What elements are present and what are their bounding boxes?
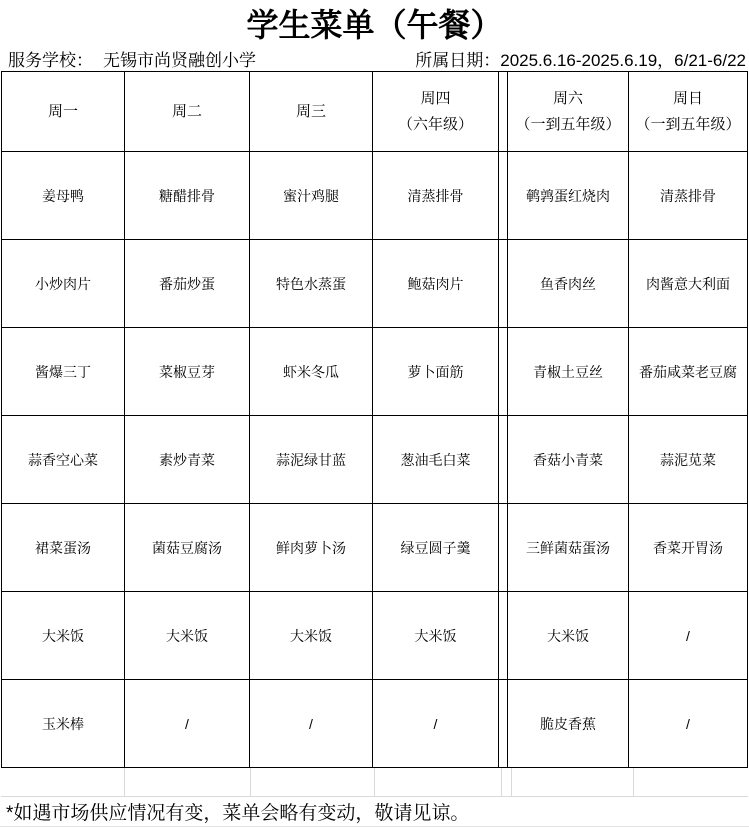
menu-cell: 姜母鸭 [2,152,124,239]
day-header-text: 周二 [172,99,202,125]
day-header-text: 周日 [673,86,703,112]
school-name: 无锡市尚贤融创小学 [103,46,256,71]
day-header-wed: 周三 [250,72,372,151]
empty-grid-cell [512,768,633,796]
day-header-thu: 周四 （六年级） [373,72,498,151]
menu-cell: 番茄咸菜老豆腐 [629,328,747,415]
menu-page: 学生菜单（午餐） 服务学校： 无锡市尚贤融创小学 所属日期： 2025.6.16… [0,0,749,827]
day-header-sun: 周日 （一到五年级） [629,72,747,151]
menu-cell: 脆皮香蕉 [508,680,628,767]
day-header-text: 周三 [296,99,326,125]
menu-cell: / [373,680,498,767]
spacer-cell [499,592,507,679]
menu-cell: 香菇小青菜 [508,416,628,503]
menu-cell: 大米饭 [2,592,124,679]
day-header-text: 周一 [48,99,78,125]
menu-cell: 绿豆圆子羹 [373,504,498,591]
menu-cell: 酱爆三丁 [2,328,124,415]
menu-table: 周一 周二 周三 周四 （六年级） 周六 （一到五年级） 周日 （一到五年级） … [1,71,748,768]
menu-cell: 菌菇豆腐汤 [125,504,249,591]
spacer-cell [499,328,507,415]
menu-cell: 蒜泥绿甘蓝 [250,416,372,503]
spacer-cell [499,416,507,503]
menu-cell: 肉酱意大利面 [629,240,747,327]
empty-grid-cell [125,768,250,796]
menu-cell: 鲜肉萝卜汤 [250,504,372,591]
menu-cell: 裙菜蛋汤 [2,504,124,591]
menu-cell: 小炒肉片 [2,240,124,327]
page-title: 学生菜单（午餐） [0,0,749,45]
info-row: 服务学校： 无锡市尚贤融创小学 所属日期： 2025.6.16-2025.6.1… [0,45,749,71]
menu-cell: / [629,680,747,767]
empty-grid-cell [1,768,124,796]
empty-grid-cell [634,768,749,796]
spacer-header-cell [499,72,507,151]
day-header-subtext: （一到五年级） [515,112,620,138]
day-header-sat: 周六 （一到五年级） [508,72,628,151]
menu-cell: 虾米冬瓜 [250,328,372,415]
menu-cell: 大米饭 [373,592,498,679]
date-label: 所属日期： [415,46,500,71]
empty-grid-row [1,768,748,797]
spacer-cell [499,504,507,591]
menu-cell: 玉米棒 [2,680,124,767]
menu-cell: 鹌鹑蛋红烧肉 [508,152,628,239]
day-header-text: 周四 [420,86,450,112]
footnote: *如遇市场供应情况有变，菜单会略有变动，敬请见谅。 [0,797,749,827]
menu-cell: 番茄炒蛋 [125,240,249,327]
menu-cell: 大米饭 [250,592,372,679]
menu-cell: 素炒青菜 [125,416,249,503]
date-value: 2025.6.16-2025.6.19，6/21-6/22 [500,46,746,71]
day-header-subtext: （六年级） [398,112,473,138]
menu-cell: / [250,680,372,767]
day-header-text: 周六 [553,86,583,112]
day-header-subtext: （一到五年级） [635,112,740,138]
menu-cell: 蒜香空心菜 [2,416,124,503]
menu-cell: 葱油毛白菜 [373,416,498,503]
empty-grid-cell [375,768,501,796]
menu-cell: 糖醋排骨 [125,152,249,239]
menu-cell: 大米饭 [508,592,628,679]
menu-cell: 大米饭 [125,592,249,679]
menu-cell: 蜜汁鸡腿 [250,152,372,239]
menu-cell: / [125,680,249,767]
spacer-cell [499,680,507,767]
menu-cell: 清蒸排骨 [629,152,747,239]
menu-cell: / [629,592,747,679]
menu-cell: 萝卜面筋 [373,328,498,415]
school-info: 服务学校： 无锡市尚贤融创小学 [8,46,256,71]
day-header-tue: 周二 [125,72,249,151]
menu-cell: 蒜泥苋菜 [629,416,747,503]
menu-cell: 三鲜菌菇蛋汤 [508,504,628,591]
spacer-cell [499,152,507,239]
spacer-cell [499,240,507,327]
menu-cell: 清蒸排骨 [373,152,498,239]
school-label: 服务学校： [8,46,93,71]
empty-grid-cell [251,768,374,796]
menu-cell: 香菜开胃汤 [629,504,747,591]
day-header-mon: 周一 [2,72,124,151]
menu-cell: 鱼香肉丝 [508,240,628,327]
menu-cell: 特色水蒸蛋 [250,240,372,327]
menu-cell: 菜椒豆芽 [125,328,249,415]
menu-cell: 青椒土豆丝 [508,328,628,415]
menu-cell: 鲍菇肉片 [373,240,498,327]
empty-grid-cell [502,768,511,796]
date-info: 所属日期： 2025.6.16-2025.6.19，6/21-6/22 [415,46,746,71]
